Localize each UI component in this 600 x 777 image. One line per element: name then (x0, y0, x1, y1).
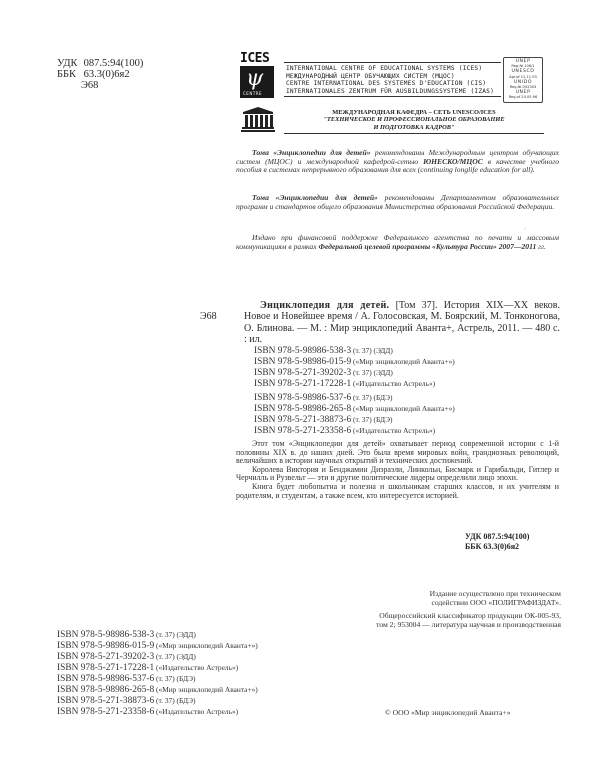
isbn-bottom-list: ISBN 978-5-98986-538-3 (т. 37) (ЭДД)ISBN… (57, 629, 258, 717)
ices-header-lines: INTERNATIONAL CENTRE OF EDUCATIONAL SYST… (284, 62, 501, 97)
annotation-p2: Королева Виктория и Бенджамин Дизраэли, … (236, 466, 559, 483)
isbn-row: ISBN 978-5-98986-015-9 («Мир энциклопеди… (254, 356, 455, 367)
biblio-author-mark: Э68 (200, 311, 217, 322)
isbn-number: ISBN 978-5-98986-538-3 (57, 630, 154, 640)
annotation-p1: Этот том «Энциклопедии для детей» охваты… (236, 440, 559, 466)
isbn-number: ISBN 978-5-271-17228-1 (57, 663, 154, 673)
isbn-number: ISBN 978-5-98986-538-3 (254, 346, 351, 356)
isbn-row: ISBN 978-5-271-17228-1 («Издательство Ас… (57, 662, 258, 673)
isbn-row: ISBN 978-5-98986-015-9 («Мир энциклопеди… (57, 640, 258, 651)
unesco-temple-icon (241, 105, 275, 133)
pen-mark: ˊ (524, 229, 526, 235)
isbn-number: ISBN 978-5-271-38873-6 (254, 415, 351, 425)
isbn-number: ISBN 978-5-98986-537-6 (254, 393, 351, 403)
isbn-note: («Издательство Астрель») (154, 707, 238, 716)
isbn-row: ISBN 978-5-98986-265-8 («Мир энциклопеди… (57, 684, 258, 695)
classification-top: УДК 087.5:94(100) ББК 63.3(0)6я2 Э68 (57, 58, 143, 91)
annotation-p3: Книга будет любопытна и полезна и школьн… (236, 483, 559, 500)
isbn-note: (т. 37) (ЭДД) (351, 368, 393, 377)
classification-bottom: УДК 087.5:94(100) ББК 63.3(0)6я2 (465, 532, 529, 552)
isbn-row: ISBN 978-5-271-17228-1 («Издательство Ас… (254, 378, 455, 389)
isbn-number: ISBN 978-5-271-23358-6 (57, 707, 154, 717)
isbn-number: ISBN 978-5-271-23358-6 (254, 426, 351, 436)
technical-notes: Издание осуществлено при техническом сод… (320, 589, 561, 629)
isbn-number: ISBN 978-5-98986-265-8 (254, 404, 351, 414)
isbn-note: (т. 37) (ЭДД) (154, 652, 196, 661)
isbn-row: ISBN 978-5-98986-537-6 (т. 37) (БДЭ) (254, 392, 455, 403)
isbn-row: ISBN 978-5-271-38873-6 (т. 37) (БДЭ) (254, 414, 455, 425)
isbn-number: ISBN 978-5-271-38873-6 (57, 696, 154, 706)
isbn-note: (т. 37) (БДЭ) (154, 674, 195, 683)
isbn-note: («Издательство Астрель») (154, 663, 238, 672)
bibliographic-description: Энциклопедия для детей. [Том 37]. Истори… (244, 300, 560, 346)
isbn-row: ISBN 978-5-98986-538-3 (т. 37) (ЭДД) (57, 629, 258, 640)
recommendation-ministry: Тома «Энциклопедии для детей» рекомендов… (236, 194, 559, 211)
bbk-value: 63.3(0)6я2 (84, 69, 130, 80)
isbn-note: (т. 37) (БДЭ) (351, 393, 392, 402)
isbn-row: ISBN 978-5-271-38873-6 (т. 37) (БДЭ) (57, 695, 258, 706)
isbn-group-a: ISBN 978-5-98986-538-3 (т. 37) (ЭДД)ISBN… (254, 345, 455, 389)
recommendation-mcos: Тома «Энциклопедии для детей» рекомендов… (236, 149, 559, 175)
udc-value: 087.5:94(100) (84, 58, 144, 69)
isbn-number: ISBN 978-5-271-39202-3 (254, 368, 351, 378)
isbn-row: ISBN 978-5-271-23358-6 («Издательство Ас… (254, 425, 455, 436)
annotation: Этот том «Энциклопедии для детей» охваты… (236, 440, 559, 500)
isbn-number: ISBN 978-5-271-39202-3 (57, 652, 154, 662)
isbn-row: ISBN 978-5-271-39202-3 (т. 37) (ЭДД) (254, 367, 455, 378)
registration-box: UNEP Reg.№ 106/1 UNESCO Agr.of 12.11.93 … (503, 57, 543, 103)
isbn-row: ISBN 978-5-98986-265-8 («Мир энциклопеди… (254, 403, 455, 414)
isbn-number: ISBN 978-5-271-17228-1 (254, 379, 351, 389)
udc-code: УДК 087.5:94(100) (465, 532, 529, 542)
udc-label: УДК (57, 58, 81, 69)
bbk-label: ББК (57, 69, 81, 80)
isbn-number: ISBN 978-5-98986-265-8 (57, 685, 154, 695)
isbn-number: ISBN 978-5-98986-015-9 (254, 357, 351, 367)
isbn-row: ISBN 978-5-271-39202-3 (т. 37) (ЭДД) (57, 651, 258, 662)
isbn-row: ISBN 978-5-98986-538-3 (т. 37) (ЭДД) (254, 345, 455, 356)
copyright: © ООО «Мир энциклопедий Аванта+» (385, 708, 511, 717)
isbn-row: ISBN 978-5-98986-537-6 (т. 37) (БДЭ) (57, 673, 258, 684)
isbn-number: ISBN 978-5-98986-015-9 (57, 641, 154, 651)
isbn-note: («Мир энциклопедий Аванта+») (154, 685, 258, 694)
isbn-row: ISBN 978-5-271-23358-6 («Издательство Ас… (57, 706, 258, 717)
isbn-note: («Мир энциклопедий Аванта+») (351, 357, 455, 366)
isbn-note: («Мир энциклопедий Аванта+») (351, 404, 455, 413)
isbn-note: (т. 37) (ЭДД) (351, 346, 393, 355)
funding-note: Издано при финансовой поддержке Федераль… (236, 234, 559, 251)
unesco-header-lines: МЕЖДУНАРОДНАЯ КАФЕДРА – СЕТЬ UNESCO/ICES… (284, 109, 544, 134)
bbk-code: ББК 63.3(0)6я2 (465, 542, 529, 552)
psi-icon: ψ CENTRE (240, 66, 274, 98)
author-mark: Э68 (57, 80, 143, 91)
ices-logo: ICES ψ CENTRE (240, 52, 276, 98)
isbn-note: (т. 37) (БДЭ) (154, 696, 195, 705)
isbn-number: ISBN 978-5-98986-537-6 (57, 674, 154, 684)
isbn-note: («Издательство Астрель») (351, 379, 435, 388)
isbn-note: (т. 37) (ЭДД) (154, 630, 196, 639)
isbn-note: («Издательство Астрель») (351, 426, 435, 435)
ices-logo-text: ICES (240, 52, 276, 65)
isbn-note: (т. 37) (БДЭ) (351, 415, 392, 424)
isbn-group-b: ISBN 978-5-98986-537-6 (т. 37) (БДЭ)ISBN… (254, 392, 455, 436)
isbn-note: («Мир энциклопедий Аванта+») (154, 641, 258, 650)
